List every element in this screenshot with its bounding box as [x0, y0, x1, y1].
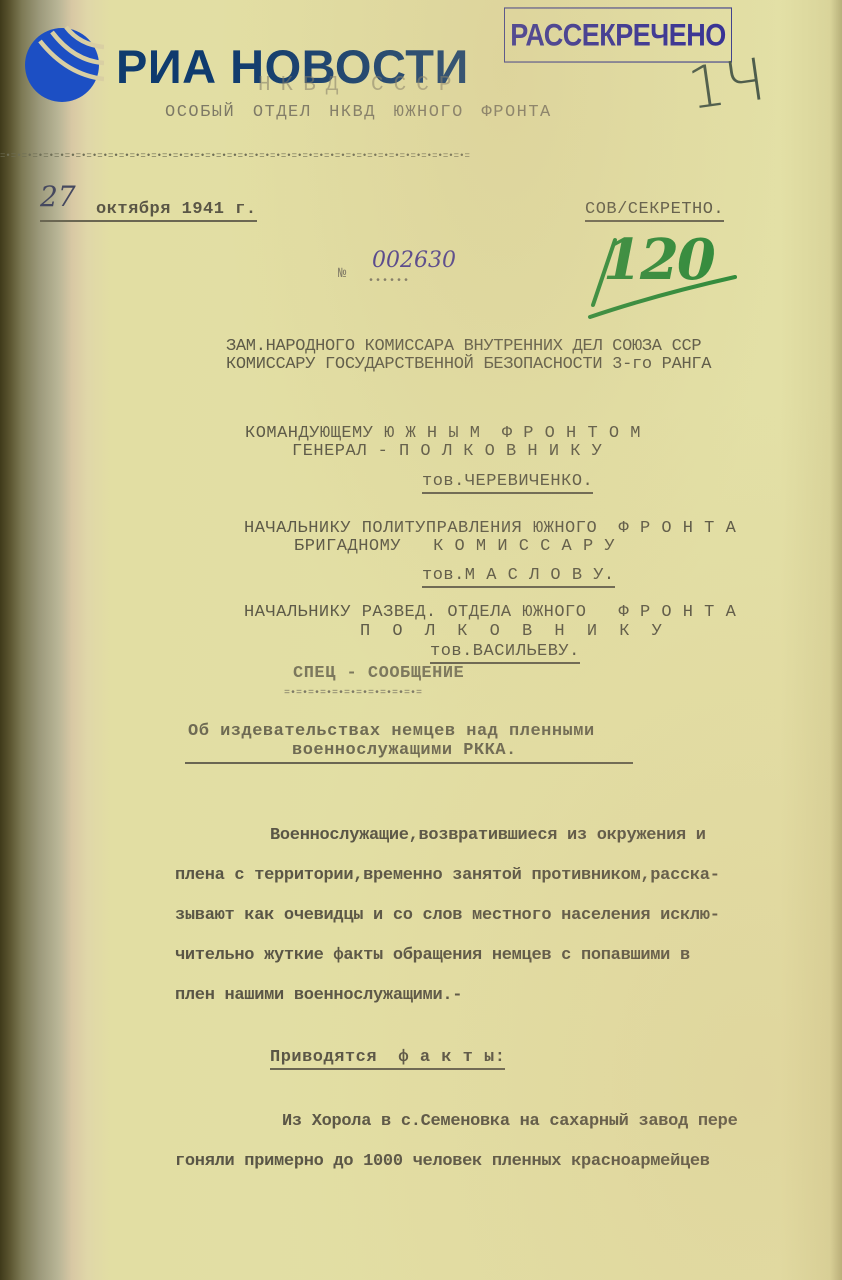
- sheet-number-mark: 120: [585, 225, 745, 325]
- date-text: октября 1941 г.: [96, 200, 257, 222]
- body-line-4: чительно жуткие факты обращения немцев с…: [175, 946, 690, 965]
- body-line-1: Военнослужащие,возвратившиеся из окружен…: [270, 826, 706, 845]
- document-page: РИА НОВОСТИ РАССЕКРЕЧЕНО 1Ч НКВД СССР ОС…: [0, 0, 842, 1280]
- number-dots: ••••••: [368, 276, 410, 287]
- addressee1-name: тов.ЧЕРЕВИЧЕНКО.: [422, 472, 593, 494]
- facts-heading: Приводятся ф а к т ы:: [270, 1048, 505, 1070]
- addressee3-name: тов.ВАСИЛЬЕВУ.: [430, 642, 580, 664]
- body-line-2: плена с территории,временно занятой прот…: [175, 866, 720, 885]
- letterhead-org-line2: ОСОБЫЙ ОТДЕЛ НКВД ЮЖНОГО ФРОНТА: [165, 103, 552, 122]
- addressee3-line1: НАЧАЛЬНИКУ РАЗВЕД. ОТДЕЛА ЮЖНОГО Ф Р О Н…: [244, 603, 736, 622]
- body-line-5: плен нашими военнослужащими.-: [175, 986, 462, 1005]
- archive-mark: 1Ч: [684, 45, 769, 123]
- subject-line1: Об издевательствах немцев над пленными: [188, 722, 595, 741]
- sheet-number: 120: [603, 227, 714, 293]
- sender-line2: КОМИССАРУ ГОСУДАРСТВЕННОЙ БЕЗОПАСНОСТИ 3…: [226, 355, 711, 374]
- addressee2-line2: БРИГАДНОМУ К О М И С С А Р У: [294, 537, 615, 556]
- subject-underline: [185, 762, 633, 764]
- date-underline: [40, 220, 96, 222]
- ria-globe-icon: [22, 23, 104, 103]
- sender-line1: ЗАМ.НАРОДНОГО КОМИССАРА ВНУТРЕННИХ ДЕЛ С…: [226, 337, 701, 356]
- addressee3-line2: П О Л К О В Н И К У: [360, 622, 668, 641]
- facts-line-2: гоняли примерно до 1000 человек пленных …: [175, 1152, 710, 1171]
- separator-pattern: =•=•=•=•=•=•=•=•=•=•=•=•=•=•=•=•=•=•=•=•…: [0, 151, 470, 159]
- classification: СОВ/СЕКРЕТНО.: [585, 200, 724, 222]
- addressee1-line1: КОМАНДУЮЩЕМУ Ю Ж Н Ы М Ф Р О Н Т О М: [245, 424, 641, 443]
- document-type-underline: =•=•=•=•=•=•=•=•=•=•=•=: [284, 688, 422, 699]
- document-type: СПЕЦ - СООБЩЕНИЕ: [293, 664, 464, 683]
- addressee1-line2: ГЕНЕРАЛ - П О Л К О В Н И К У: [292, 442, 602, 461]
- addressee2-line1: НАЧАЛЬНИКУ ПОЛИТУПРАВЛЕНИЯ ЮЖНОГО Ф Р О …: [244, 519, 736, 538]
- handwritten-reg-number: 002630: [372, 248, 456, 273]
- facts-line-1: Из Хорола в с.Семеновка на сахарный заво…: [282, 1112, 737, 1131]
- body-line-3: зывают как очевидцы и со слов местного н…: [175, 906, 720, 925]
- letterhead-separator: =•=•=•=•=•=•=•=•=•=•=•=•=•=•=•=•=•=•=•=•…: [0, 151, 820, 159]
- subject-line2: военнослужащими РККА.: [292, 741, 517, 760]
- addressee2-name: тов.М А С Л О В У.: [422, 566, 615, 588]
- letterhead-org-line1: НКВД СССР: [258, 74, 461, 97]
- number-prefix: №: [338, 266, 347, 282]
- handwritten-day: 27: [40, 180, 76, 213]
